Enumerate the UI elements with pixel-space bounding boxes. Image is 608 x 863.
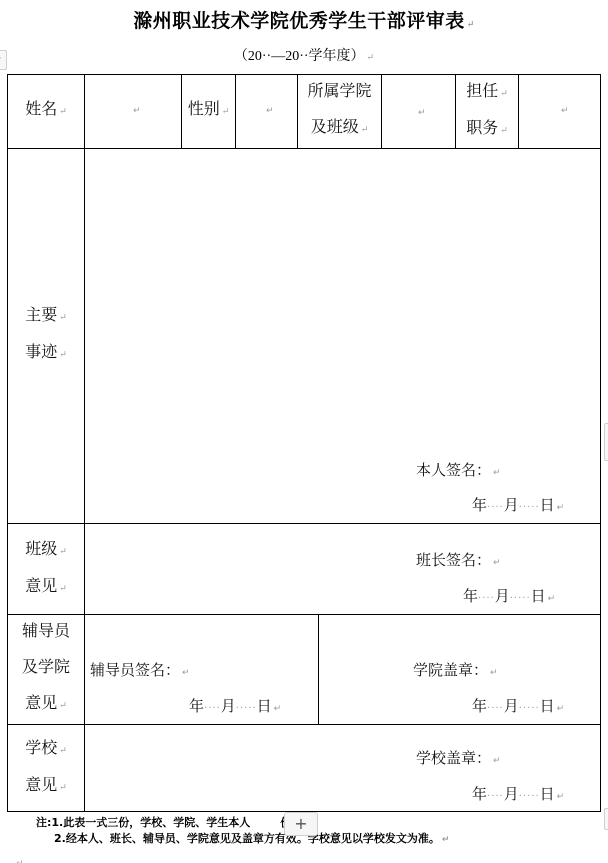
position-input-cell[interactable]: ↵	[519, 74, 600, 148]
paragraph-mark-icon: ↵	[182, 668, 190, 678]
paragraph-mark-icon: ↵	[133, 106, 141, 116]
paragraph-mark-icon: ↵	[557, 792, 565, 802]
paragraph-mark-icon: ↵	[266, 106, 274, 116]
paragraph-mark-icon: ↵	[467, 20, 475, 30]
paragraph-mark-icon: ↵	[59, 106, 67, 116]
school-seal-label: 学校盖章：↵	[416, 747, 501, 768]
paragraph-mark-icon: ↵	[59, 583, 67, 593]
gender-input-cell[interactable]: ↵	[236, 74, 297, 148]
paragraph-mark-icon: ↵	[59, 546, 67, 556]
paragraph-mark-icon: ↵	[274, 704, 282, 714]
school-seal-date: 年····月·····日↵	[472, 783, 564, 804]
note-line-2: 2.经本人、班长、辅导员、学院意见及盖章方有效。学校意见以学校发文为准。↵	[54, 830, 449, 846]
paragraph-mark-icon: ↵	[361, 124, 369, 134]
monitor-signature-label: 班长签名：↵	[416, 549, 501, 570]
college-class-label: 所属学院 及班级↵	[298, 74, 381, 147]
paragraph-mark-icon: ↵	[59, 700, 67, 710]
paragraph-mark-icon: ↵	[500, 125, 508, 135]
self-signature-date: 年····月·····日↵	[472, 494, 564, 515]
table-border	[600, 74, 601, 812]
paragraph-mark-icon: ↵	[59, 312, 67, 322]
paragraph-mark-icon: ↵	[561, 106, 569, 116]
academic-year-subtitle: （20··—20··学年度）↵	[0, 45, 608, 65]
note-line-1: 注:1.此表一式三份，学校、学院、学生本人份。↵	[36, 814, 312, 830]
college-class-input-cell[interactable]: ↵	[382, 74, 455, 148]
paragraph-mark-icon: ↵	[557, 704, 565, 714]
paragraph-mark-icon: ↵	[59, 745, 67, 755]
main-deeds-content-cell[interactable]	[85, 149, 600, 523]
paragraph-mark-icon: ↵	[490, 668, 498, 678]
monitor-signature-date: 年····月·····日↵	[463, 585, 555, 606]
class-opinion-label: 班级↵ 意见↵	[8, 532, 84, 606]
paragraph-mark-icon: ↵	[493, 558, 501, 568]
counselor-signature-label: 辅导员签名：↵	[90, 659, 190, 680]
paragraph-mark-icon: ↵	[500, 88, 508, 98]
paragraph-mark-icon: ↵	[442, 835, 450, 845]
insert-row-button[interactable]: +	[284, 812, 318, 836]
position-label: 担任↵ 职务↵	[456, 74, 518, 148]
table-resize-handle[interactable]	[604, 423, 608, 461]
name-input-cell[interactable]: ↵	[85, 74, 181, 148]
paragraph-mark-icon: ↵	[367, 52, 375, 62]
paragraph-mark-icon: ↵	[16, 859, 24, 863]
table-resize-handle-bottom[interactable]	[604, 808, 608, 830]
paragraph-mark-icon: ↵	[557, 503, 565, 513]
paragraph-mark-icon: ↵	[59, 782, 67, 792]
counselor-college-opinion-label: 辅导员 及学院 意见↵	[8, 614, 84, 723]
counselor-signature-date: 年····月·····日↵	[189, 695, 281, 716]
gender-label: 性别↵	[182, 92, 235, 129]
paragraph-mark-icon: ↵	[418, 108, 426, 118]
document-title: 滁州职业技术学院优秀学生干部评审表↵	[0, 6, 608, 33]
table-move-handle[interactable]: ▸	[0, 50, 7, 70]
name-label: 姓名↵	[8, 92, 84, 129]
school-opinion-label: 学校↵ 意见↵	[8, 731, 84, 805]
empty-paragraph: ↵	[14, 851, 24, 863]
paragraph-mark-icon: ↵	[222, 106, 230, 116]
main-deeds-label: 主要↵ 事迹↵	[8, 298, 84, 372]
paragraph-mark-icon: ↵	[493, 468, 501, 478]
arrow-right-icon: ▸	[0, 53, 1, 62]
college-seal-label: 学院盖章：↵	[413, 659, 498, 680]
paragraph-mark-icon: ↵	[548, 594, 556, 604]
paragraph-mark-icon: ↵	[59, 349, 67, 359]
paragraph-mark-icon: ↵	[493, 756, 501, 766]
plus-icon: +	[294, 814, 307, 833]
self-signature-label: 本人签名：↵	[416, 459, 501, 480]
college-seal-date: 年····月·····日↵	[472, 695, 564, 716]
